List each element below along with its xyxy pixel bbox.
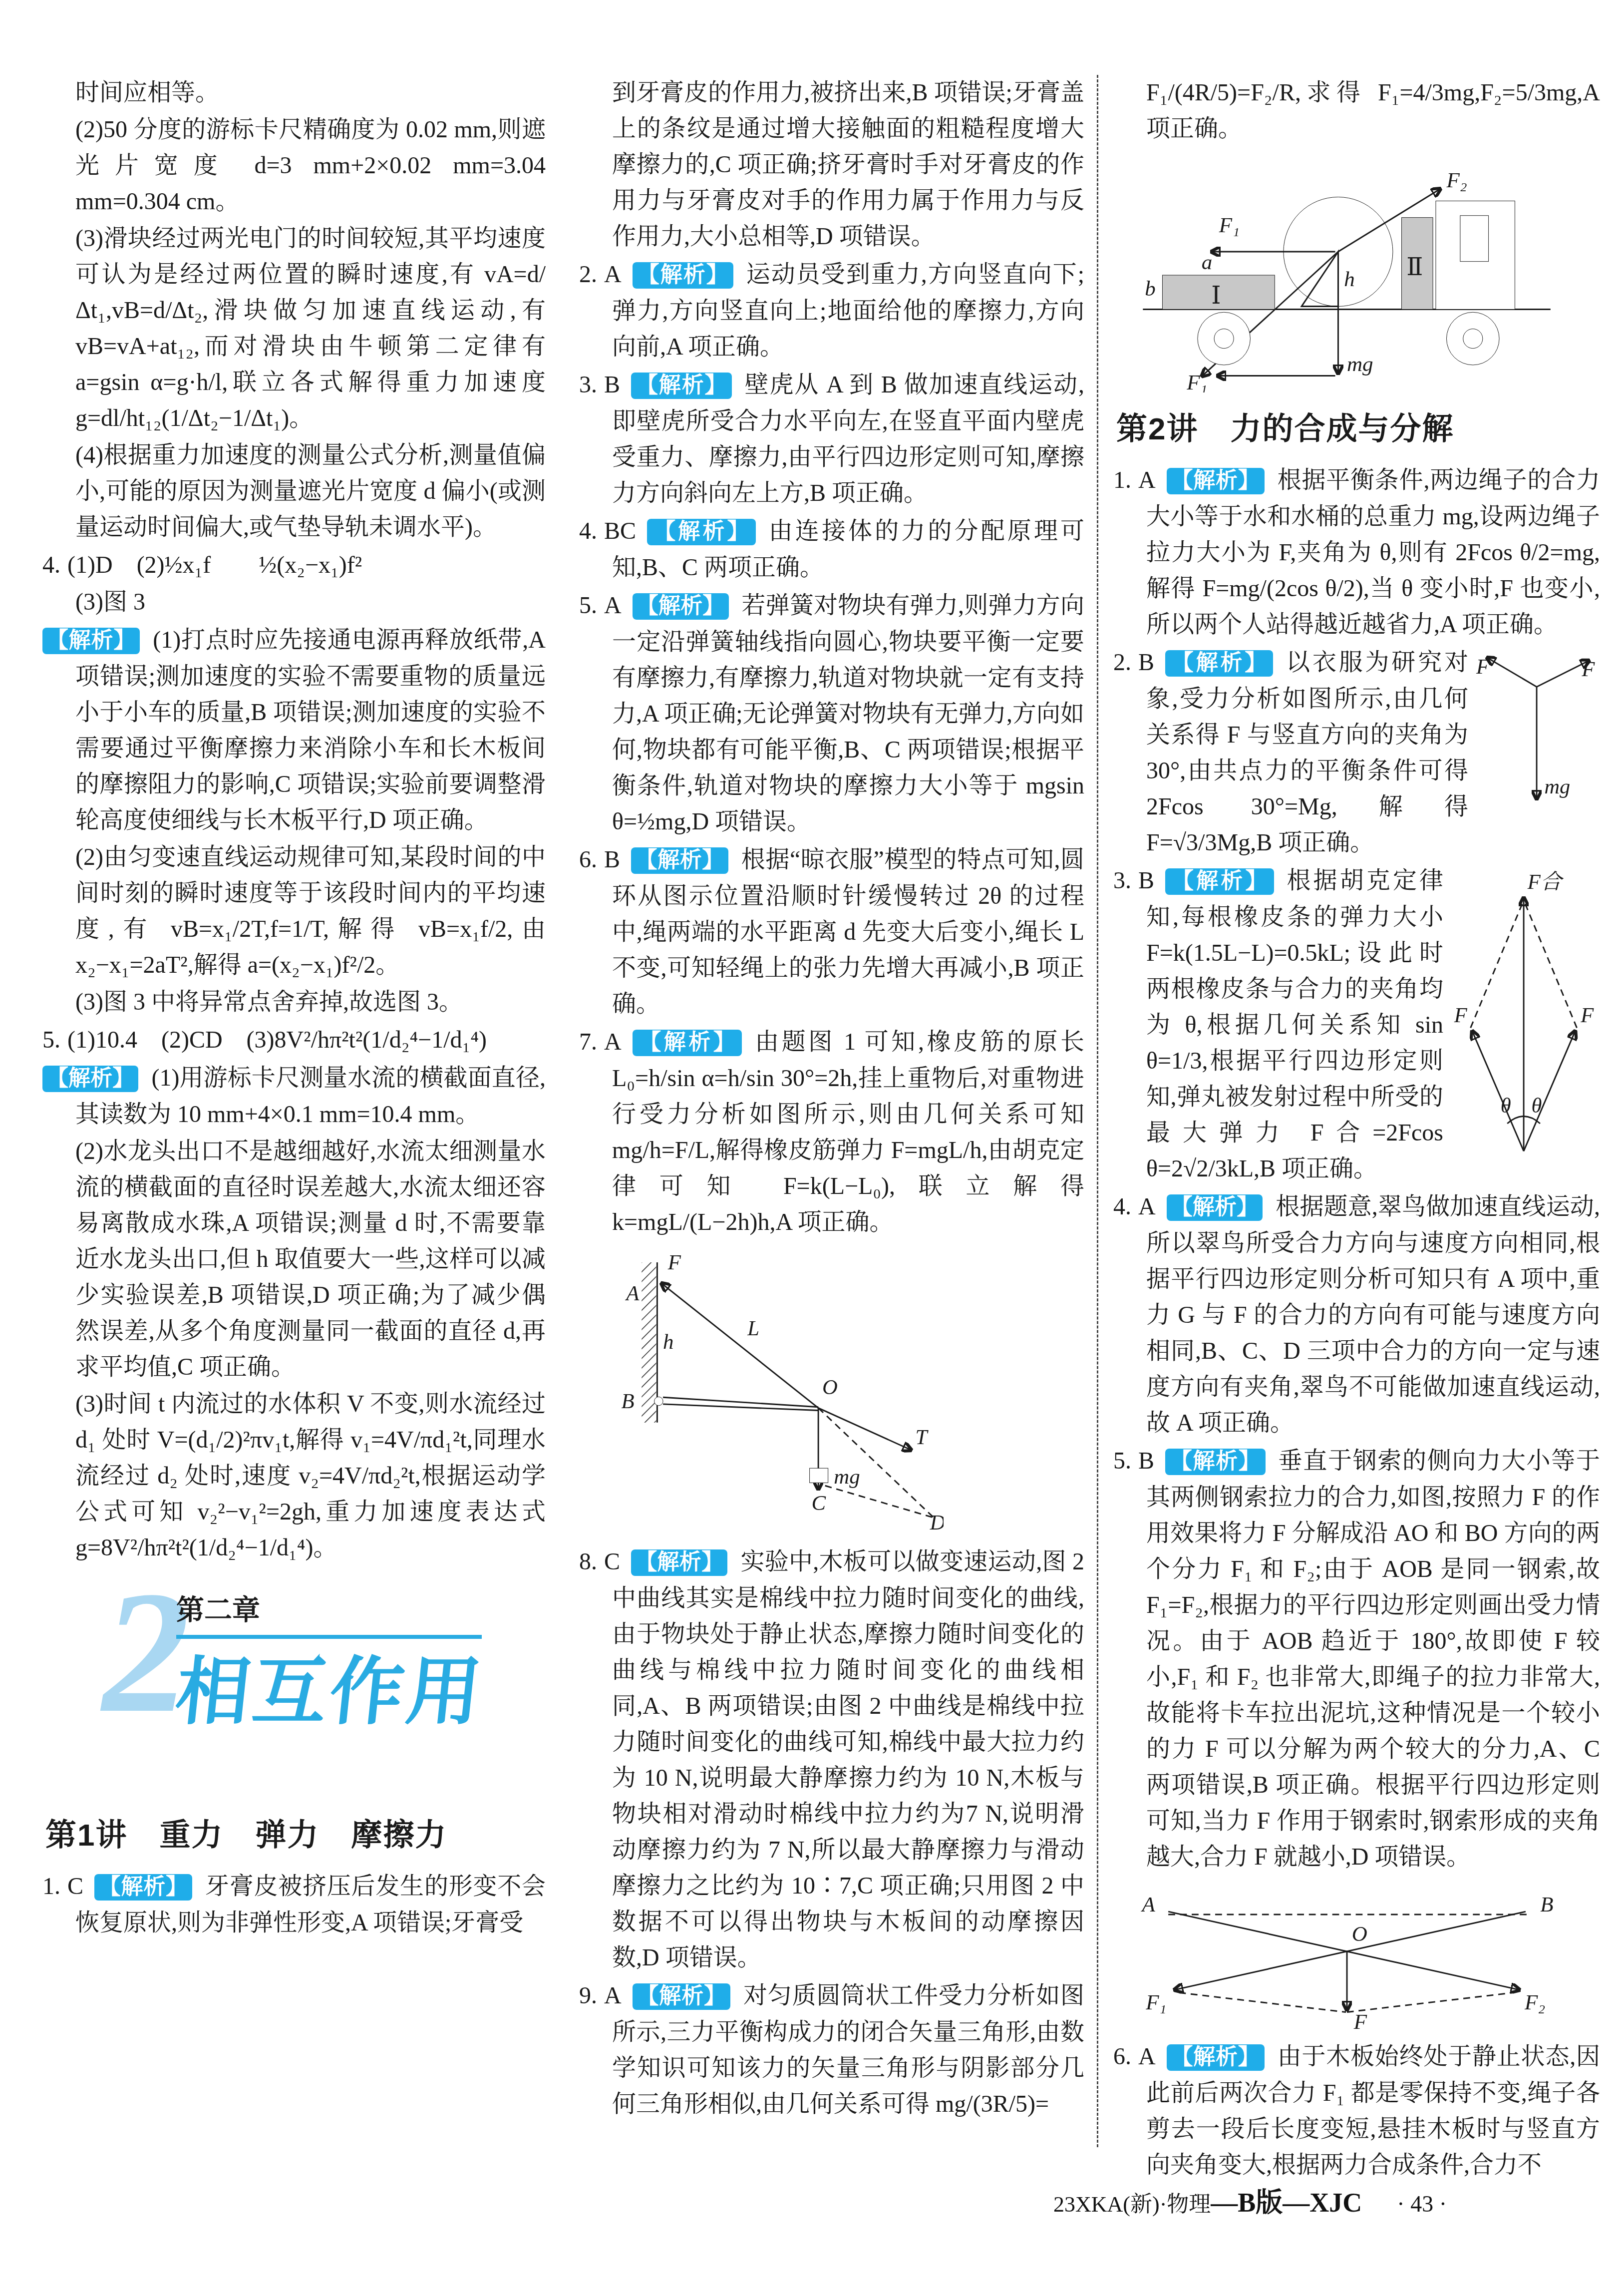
column-right: F₁/(4R/5)=F₂/R,求得 F₁=4/3mg,F₂=5/3mg,A 项正… bbox=[1113, 75, 1600, 2184]
paragraph: F₁/(4R/5)=F₂/R,求得 F₁=4/3mg,F₂=5/3mg,A 项正… bbox=[1113, 75, 1600, 147]
answer-book-page: 时间应相等。(2)50 分度的游标卡尺精确度为 0.02 mm,则遮光片宽度 d… bbox=[0, 0, 1619, 2296]
item-text: (1)打点时应先接通电源再释放纸带,A 项错误;测加速度的实验不需要重物的质量远… bbox=[75, 627, 546, 833]
label-mg: mg bbox=[1347, 353, 1373, 376]
label-mg: mg bbox=[1544, 775, 1570, 798]
truck-cylinder-diagram: F₂ F₁ F₁ a b h Ⅰ Ⅱ mg bbox=[1128, 158, 1568, 392]
hook-ring bbox=[654, 1397, 663, 1406]
answer-item: 4.(1)D (2)½x₁f ½(x₂−x₁)f² bbox=[42, 547, 546, 583]
label-B: B bbox=[621, 1390, 634, 1413]
dashed-left-side bbox=[1471, 900, 1524, 1028]
paragraph: (3)图 3 bbox=[42, 584, 546, 620]
answer-item: 【解析】(1)用游标卡尺测量水流的横截面直径,其读数为 10 mm+4×0.1 … bbox=[42, 1060, 546, 1133]
item-number: 4. bbox=[42, 552, 60, 578]
item-answer: C bbox=[67, 1873, 83, 1900]
label-A: A bbox=[1140, 1893, 1155, 1916]
label-b: b bbox=[1145, 277, 1156, 301]
answer-item: 3.B【解析】壁虎从 A 到 B 做加速直线运动,即壁虎所受合力水平向左,在竖直… bbox=[579, 367, 1084, 511]
item-number: 3. bbox=[579, 372, 597, 398]
jiexi-label: 【解析】 bbox=[647, 519, 756, 545]
item-number: 3. bbox=[1113, 867, 1131, 894]
chapter-underline bbox=[176, 1635, 482, 1639]
figure-truck: F₂ F₁ F₁ a b h Ⅰ Ⅱ mg bbox=[1128, 158, 1600, 392]
answer-item: 5.(1)10.4 (2)CD (3)8V²/hπ²t²(1/d₂⁴−1/d₁⁴… bbox=[42, 1022, 546, 1058]
item-answer: B bbox=[1138, 867, 1154, 894]
item-answer: B bbox=[604, 372, 620, 398]
label-A: A bbox=[625, 1282, 640, 1305]
item-number: 2. bbox=[1113, 649, 1131, 676]
dashed-F1-F bbox=[1179, 1992, 1346, 2012]
answer-item: 2.A【解析】运动员受到重力,方向竖直向下;弹力,方向竖直向上;地面给他的摩擦力… bbox=[579, 257, 1084, 365]
jiexi-label: 【解析】 bbox=[1165, 1449, 1266, 1475]
label-F1-lower: F₁ bbox=[1186, 371, 1207, 392]
page-footer: 23XKA(新)·物理—B版—XJC· 43 · bbox=[1053, 2181, 1447, 2220]
inline-figure-rhombus: F合 F F θ θ bbox=[1450, 866, 1600, 1181]
item-text: (3)时间 t 内流过的水体积 V 不变,则水流经过 d₁ 处时 V=(d₁/2… bbox=[75, 1391, 546, 1561]
force-F-right-arrow bbox=[1524, 1032, 1575, 1151]
slingshot-parallelogram-diagram: F合 F F θ θ bbox=[1450, 866, 1600, 1170]
cab-window bbox=[1460, 216, 1489, 262]
label-D: D bbox=[930, 1511, 944, 1534]
answer-item: F合 F F θ θ 3.B【解析】根据胡克定律知,每根橡皮条的弹力大小 F=k… bbox=[1113, 863, 1600, 1187]
paragraph: 时间应相等。 bbox=[42, 75, 546, 111]
paragraph: (2)由匀变速直线运动规律可知,某段时间的中间时刻的瞬时速度等于该段时间内的平均… bbox=[42, 839, 546, 983]
item-text: (1)用游标卡尺测量水流的横截面直径,其读数为 10 mm+4×0.1 mm=1… bbox=[75, 1065, 546, 1128]
item-text: (1)10.4 (2)CD (3)8V²/hπ²t²(1/d₂⁴−1/d₁⁴) bbox=[67, 1027, 487, 1053]
item-answer: B bbox=[1138, 649, 1154, 676]
footer-page-number: · 43 · bbox=[1397, 2191, 1447, 2217]
force-F2-arrow bbox=[1168, 1912, 1519, 1989]
label-theta-right: θ bbox=[1532, 1094, 1542, 1118]
paragraph: (2)水龙头出口不是越细越好,水流太细测量水流的横截面的直径时误差越大,水流太细… bbox=[42, 1134, 546, 1385]
jiexi-label: 【解析】 bbox=[94, 1874, 192, 1901]
dashed-right-side bbox=[1524, 900, 1577, 1028]
jiexi-label: 【解析】 bbox=[633, 593, 729, 620]
answer-item: 6.B【解析】根据“晾衣服”模型的特点可知,圆环从图示位置沿顺时针缓慢转过 2θ… bbox=[579, 842, 1084, 1022]
dashed-F-F2 bbox=[1347, 1992, 1514, 2012]
item-text: 以衣服为研究对象,受力分析如图所示,由几何关系得 F 与竖直方向的夹角为 30°… bbox=[1146, 649, 1468, 856]
item-number: 4. bbox=[1113, 1193, 1131, 1220]
rubber-band-OA bbox=[662, 1284, 818, 1408]
paragraph: 到牙膏皮的作用力,被挤出来,B 项错误;牙膏盖上的条纹是通过增大接触面的粗糙程度… bbox=[579, 75, 1084, 255]
force-diagram-rubber-band: A F h B L O T mg C D bbox=[594, 1251, 944, 1536]
item-text: (1)D (2)½x₁f ½(x₂−x₁)f² bbox=[67, 552, 362, 578]
item-answer: A bbox=[604, 1029, 622, 1055]
cable-decomposition-diagram: A B O F₁ F₂ F bbox=[1128, 1886, 1568, 2031]
jiexi-label: 【解析】 bbox=[631, 847, 728, 874]
paragraph: (3)滑块经过两光电门的时间较短,其平均速度可认为是经过两位置的瞬时速度,有 v… bbox=[42, 221, 546, 436]
item-answer: A bbox=[1138, 467, 1156, 493]
item-text: 根据胡克定律知,每根橡皮条的弹力大小 F=k(1.5L−L)=0.5kL;设此时… bbox=[1146, 867, 1443, 1182]
item-number: 6. bbox=[1113, 2043, 1131, 2070]
jiexi-label: 【解析】 bbox=[1167, 2044, 1265, 2071]
inline-figure-clothes: F F mg bbox=[1475, 648, 1600, 823]
answer-item: 1.A【解析】根据平衡条件,两边绳子的合力大小等于水和水桶的总重力 mg,设两边… bbox=[1113, 462, 1600, 643]
label-O: O bbox=[1352, 1922, 1367, 1946]
force-F-right-arrow bbox=[1537, 661, 1589, 687]
section-heading: 第1讲 重力 弹力 摩擦力 bbox=[45, 1816, 546, 1856]
answer-item: 6.A【解析】由于木板始终处于静止状态,因此前后两次合力 F₁ 都是零保持不变,… bbox=[1113, 2039, 1600, 2183]
column-divider bbox=[1097, 75, 1098, 2147]
item-text: 到牙膏皮的作用力,被挤出来,B 项错误;牙膏盖上的条纹是通过增大接触面的粗糙程度… bbox=[612, 79, 1084, 250]
label-F2: F₂ bbox=[1524, 1991, 1545, 2014]
item-answer: B bbox=[604, 846, 620, 873]
item-text: 根据题意,翠鸟做加速直线运动,所以翠鸟所受合力方向与速度方向相同,根据平行四边形… bbox=[1146, 1193, 1600, 1436]
item-text: (2)50 分度的游标卡尺精确度为 0.02 mm,则遮光片宽度 d=3 mm+… bbox=[75, 116, 546, 215]
column-left: 时间应相等。(2)50 分度的游标卡尺精确度为 0.02 mm,则遮光片宽度 d… bbox=[42, 75, 546, 1942]
item-text: F₁/(4R/5)=F₂/R,求得 F₁=4/3mg,F₂=5/3mg,A 项正… bbox=[1146, 79, 1600, 142]
jiexi-label: 【解析】 bbox=[633, 262, 733, 289]
section-heading: 第2讲 力的合成与分解 bbox=[1116, 409, 1600, 449]
label-L: L bbox=[747, 1317, 759, 1340]
force-F-left-arrow bbox=[1473, 1032, 1524, 1151]
jiexi-label: 【解析】 bbox=[633, 1030, 742, 1056]
jiexi-label: 【解析】 bbox=[42, 628, 140, 654]
jiexi-label: 【解析】 bbox=[631, 373, 731, 399]
item-answer: B bbox=[1138, 1448, 1154, 1474]
rear-wheel-hub bbox=[1463, 329, 1483, 349]
paragraph: (4)根据重力加速度的测量公式分析,测量值偏小,可能的原因为测量遮光片宽度 d … bbox=[42, 437, 546, 545]
label-h: h bbox=[1344, 268, 1355, 291]
answer-item: 7.A【解析】由题图 1 可知,橡皮筋的原长 L₀=h/sin α=h/sin … bbox=[579, 1024, 1084, 1240]
label-a: a bbox=[1202, 251, 1213, 274]
item-text: (3)图 3 bbox=[75, 589, 145, 615]
chapter-banner: 2第二章相互作用 bbox=[42, 1579, 546, 1799]
figure-q7: A F h B L O T mg C D bbox=[594, 1251, 1084, 1536]
item-text: 垂直于钢索的侧向力大小等于其两侧钢索拉力的合力,如图,按照力 F 的作用效果将力… bbox=[1146, 1448, 1600, 1870]
jiexi-label: 【解析】 bbox=[633, 1983, 730, 2010]
label-F-right: F bbox=[1581, 658, 1595, 681]
label-F-resultant: F合 bbox=[1527, 870, 1564, 894]
item-number: 1. bbox=[42, 1873, 60, 1900]
clothes-force-diagram: F F mg bbox=[1475, 648, 1600, 812]
label-block-two: Ⅱ bbox=[1406, 253, 1423, 281]
wall-hatching bbox=[642, 1262, 656, 1423]
answer-item: 9.A【解析】对匀质圆筒状工件受力分析如图所示,三力平衡构成力的闭合矢量三角形,… bbox=[579, 1978, 1084, 2122]
force-T-arrow bbox=[818, 1408, 911, 1450]
force-F-left-arrow bbox=[1488, 658, 1537, 687]
label-F-left: F bbox=[1454, 1004, 1468, 1027]
item-text: 实验中,木板可以做变速运动,图 2 中曲线其实是棉线中拉力随时间变化的曲线,由于… bbox=[612, 1548, 1084, 1971]
figure-cable: A B O F₁ F₂ F bbox=[1128, 1886, 1600, 2031]
label-F1-upper: F₁ bbox=[1219, 214, 1240, 237]
item-number: 5. bbox=[42, 1027, 60, 1053]
answer-item: F F mg 2.B【解析】以衣服为研究对象,受力分析如图所示,由几何关系得 F… bbox=[1113, 645, 1600, 861]
label-mg: mg bbox=[834, 1465, 860, 1489]
item-text: (4)根据重力加速度的测量公式分析,测量值偏小,可能的原因为测量遮光片宽度 d … bbox=[75, 442, 546, 540]
jiexi-label: 【解析】 bbox=[1167, 468, 1265, 494]
footer-edition: 23XKA(新)·物理 bbox=[1053, 2192, 1211, 2217]
answer-item: 5.B【解析】垂直于钢索的侧向力大小等于其两侧钢索拉力的合力,如图,按照力 F … bbox=[1113, 1443, 1600, 1875]
item-answer: A bbox=[604, 261, 622, 288]
item-answer: A bbox=[604, 592, 622, 619]
answer-item: 4.BC【解析】由连接体的力的分配原理可知,B、C 两项正确。 bbox=[579, 513, 1084, 586]
label-F-left: F bbox=[1476, 655, 1490, 679]
footer-version: —B版—XJC bbox=[1211, 2188, 1362, 2218]
item-text: 时间应相等。 bbox=[75, 79, 219, 106]
item-text: (3)滑块经过两光电门的时间较短,其平均速度可认为是经过两位置的瞬时速度,有 v… bbox=[75, 225, 546, 431]
label-T: T bbox=[916, 1426, 929, 1449]
item-number: 8. bbox=[579, 1548, 597, 1575]
item-number: 2. bbox=[579, 261, 597, 288]
chapter-title: 相互作用 bbox=[172, 1650, 488, 1735]
label-F: F bbox=[667, 1251, 681, 1274]
jiexi-label: 【解析】 bbox=[1167, 1194, 1263, 1221]
label-F: F bbox=[1353, 2010, 1367, 2031]
label-block-one: Ⅰ bbox=[1211, 282, 1221, 309]
jiexi-label: 【解析】 bbox=[1165, 868, 1274, 895]
label-F1: F₁ bbox=[1145, 1991, 1166, 2014]
jiexi-label: 【解析】 bbox=[1165, 650, 1273, 677]
item-number: 7. bbox=[579, 1029, 597, 1055]
item-text: 由题图 1 可知,橡皮筋的原长 L₀=h/sin α=h/sin 30°=2h,… bbox=[612, 1029, 1084, 1235]
item-answer: A bbox=[604, 1982, 622, 2009]
item-number: 4. bbox=[579, 518, 597, 544]
item-number: 1. bbox=[1113, 467, 1131, 493]
item-answer: A bbox=[1138, 2043, 1156, 2070]
answer-item: 4.A【解析】根据题意,翠鸟做加速直线运动,所以翠鸟所受合力方向与速度方向相同,… bbox=[1113, 1189, 1600, 1441]
label-F-right: F bbox=[1580, 1004, 1594, 1027]
jiexi-label: 【解析】 bbox=[631, 1549, 727, 1576]
answer-item: 5.A【解析】若弹簧对物块有弹力,则弹力方向一定沿弹簧轴线指向圆心,物块要平衡一… bbox=[579, 588, 1084, 840]
item-number: 9. bbox=[579, 1982, 597, 2009]
item-text: 若弹簧对物块有弹力,则弹力方向一定沿弹簧轴线指向圆心,物块要平衡一定要有摩擦力,… bbox=[612, 592, 1084, 835]
column-middle: 到牙膏皮的作用力,被挤出来,B 项错误;牙膏盖上的条纹是通过增大接触面的粗糙程度… bbox=[579, 75, 1084, 2123]
item-text: (2)水龙头出口不是越细越好,水流太细测量水流的横截面的直径时误差越大,水流太细… bbox=[75, 1138, 546, 1380]
label-O: O bbox=[822, 1376, 838, 1399]
item-text: (3)图 3 中将异常点舍弃掉,故选图 3。 bbox=[75, 989, 463, 1015]
label-h: h bbox=[663, 1330, 673, 1354]
label-F2: F₂ bbox=[1446, 169, 1467, 192]
answer-item: 1.C【解析】牙膏皮被挤压后发生的形变不会恢复原状,则为非弹性形变,A 项错误;… bbox=[42, 1869, 546, 1941]
chapter-label: 第二章 bbox=[176, 1592, 260, 1628]
label-C: C bbox=[812, 1492, 826, 1515]
label-theta-left: θ bbox=[1501, 1094, 1511, 1118]
item-number: 5. bbox=[579, 592, 597, 619]
item-answer: A bbox=[1138, 1193, 1156, 1220]
label-B: B bbox=[1540, 1893, 1553, 1916]
item-text: (2)由匀变速直线运动规律可知,某段时间的中间时刻的瞬时速度等于该段时间内的平均… bbox=[75, 844, 546, 978]
paragraph: (3)时间 t 内流过的水体积 V 不变,则水流经过 d₁ 处时 V=(d₁/2… bbox=[42, 1386, 546, 1566]
item-answer: BC bbox=[604, 518, 636, 544]
dashed-CD bbox=[825, 1486, 934, 1518]
answer-item: 【解析】(1)打点时应先接通电源再释放纸带,A 项错误;测加速度的实验不需要重物… bbox=[42, 622, 546, 838]
force-F1-arrow bbox=[1175, 1912, 1526, 1989]
item-number: 6. bbox=[579, 846, 597, 873]
item-answer: C bbox=[604, 1548, 620, 1575]
weight-block bbox=[810, 1468, 828, 1483]
jiexi-label: 【解析】 bbox=[42, 1066, 138, 1092]
item-number: 5. bbox=[1113, 1448, 1131, 1474]
answer-item: 8.C【解析】实验中,木板可以做变速运动,图 2 中曲线其实是棉线中拉力随时间变… bbox=[579, 1544, 1084, 1976]
front-wheel-hub bbox=[1214, 329, 1234, 349]
paragraph: (3)图 3 中将异常点舍弃掉,故选图 3。 bbox=[42, 984, 546, 1020]
paragraph: (2)50 分度的游标卡尺精确度为 0.02 mm,则遮光片宽度 d=3 mm+… bbox=[42, 112, 546, 220]
